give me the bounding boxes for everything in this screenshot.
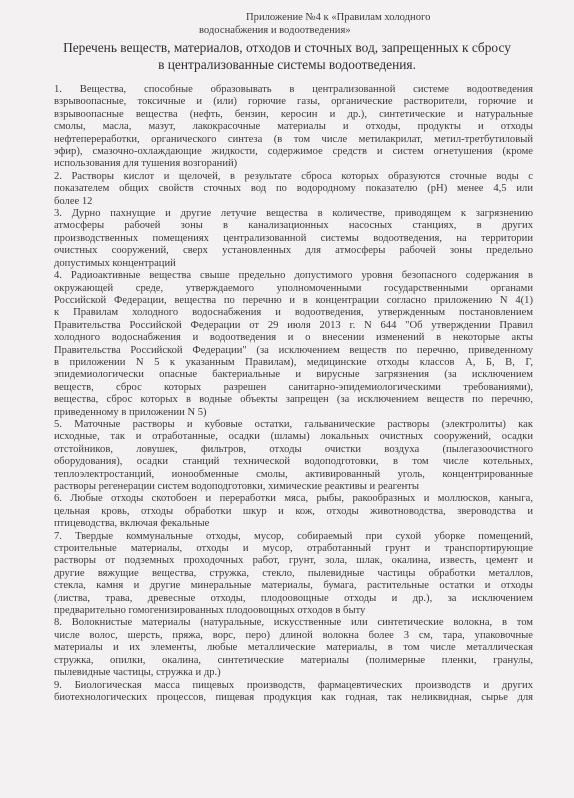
text-line: к Правилам холодного водоснабжения и вод…: [54, 307, 533, 319]
list-item-2: 2. Растворы кислот и щелочей, в результа…: [54, 171, 533, 208]
text-line: пылевидные частицы, стружка и др.): [54, 667, 533, 679]
text-line: веществ, сброс которых разрешен санитарн…: [54, 382, 533, 394]
text-line: предварительно гомогенизированных плодоо…: [54, 605, 533, 617]
text-line: 7. Твердые коммунальные отходы, мусор, с…: [54, 531, 533, 543]
appendix-line-1: Приложение №4 к «Правилам холодного: [0, 12, 574, 25]
text-line: исходные, так и отработанные, осадки (шл…: [54, 431, 533, 443]
text-line: показателем общих свойств сточных вод по…: [54, 183, 533, 195]
text-line: 1. Вещества, способные образовывать в це…: [54, 84, 533, 96]
text-line: оборудования), осадки станций техническо…: [54, 456, 533, 468]
text-line: 6. Любые отходы скотобоен и переработки …: [54, 493, 533, 505]
text-line: Российской Федерации, вещества по перечн…: [54, 295, 533, 307]
text-line: 3. Дурно пахнущие и другие летучие вещес…: [54, 208, 533, 220]
text-line: строительные материалы, отходы и мусор, …: [54, 543, 533, 555]
text-line: отстойников, ловушек, фильтров, отходы о…: [54, 444, 533, 456]
text-line: более 12: [54, 196, 533, 208]
title-line-1: Перечень веществ, материалов, отходов и …: [0, 40, 574, 57]
list-item-6: 6. Любые отходы скотобоен и переработки …: [54, 493, 533, 530]
list-item-9: 9. Биологическая масса пищевых производс…: [54, 680, 533, 705]
text-line: 4. Радиоактивные вещества свыше предельн…: [54, 270, 533, 282]
list-item-4: 4. Радиоактивные вещества свыше предельн…: [54, 270, 533, 419]
title-line-2: в централизованные системы водоотведения…: [0, 57, 574, 74]
document-title: Перечень веществ, материалов, отходов и …: [0, 40, 574, 73]
text-line: материалы и их элементы, любые металличе…: [54, 642, 533, 654]
prohibited-substances-list: 1. Вещества, способные образовывать в це…: [54, 84, 533, 704]
text-line: птицеводства, включая фекальные: [54, 518, 533, 530]
text-line: Правительства Российской Федерации" (за …: [54, 345, 533, 357]
text-line: в приложении N 5 к указанным Правилам), …: [54, 357, 533, 369]
text-line: взрывоопасные, токсичные и (или) горючие…: [54, 96, 533, 108]
text-line: Правительства Российской Федерации от 29…: [54, 320, 533, 332]
text-line: биотехнологических процессов, пищевая пр…: [54, 692, 533, 704]
text-line: взрывоопасные вещества (нефть, бензин, к…: [54, 109, 533, 121]
text-line: атмосферы рабочей зоны в канализационных…: [54, 220, 533, 232]
text-line: стружка, опилки, окалина, синтетические …: [54, 655, 533, 667]
list-item-8: 8. Волокнистые материалы (натуральные, и…: [54, 617, 533, 679]
text-line: эпидемиологически опасные бактериальные …: [54, 369, 533, 381]
text-line: теплоэлектростанций, ионообменные смолы,…: [54, 469, 533, 481]
text-line: числе волос, шерсть, пряжа, ворс, перо) …: [54, 630, 533, 642]
text-line: 9. Биологическая масса пищевых производс…: [54, 680, 533, 692]
text-line: (листва, трава, древесные отходы, плодоо…: [54, 593, 533, 605]
text-line: нефтепереработки, органического синтеза …: [54, 134, 533, 146]
text-line: другие вяжущие вещества, стружка, стекло…: [54, 568, 533, 580]
text-line: вещества, сброс которых в водные объекты…: [54, 394, 533, 406]
text-line: цельная кровь, отходы обработки шкур и к…: [54, 506, 533, 518]
text-line: 5. Маточные растворы и кубовые остатки, …: [54, 419, 533, 431]
text-line: очистных сооружений, сверх установленных…: [54, 245, 533, 257]
list-item-7: 7. Твердые коммунальные отходы, мусор, с…: [54, 531, 533, 618]
text-line: допустимых концентраций: [54, 258, 533, 270]
text-line: приведенному в приложении N 5): [54, 407, 533, 419]
list-item-1: 1. Вещества, способные образовывать в це…: [54, 84, 533, 171]
document-page: Приложение №4 к «Правилам холодного водо…: [0, 0, 574, 798]
text-line: эфир), смазочно-охлаждающие жидкости, со…: [54, 146, 533, 158]
text-line: 8. Волокнистые материалы (натуральные, и…: [54, 617, 533, 629]
appendix-reference: Приложение №4 к «Правилам холодного водо…: [0, 12, 574, 37]
text-line: использования для тушения возгораний): [54, 158, 533, 170]
text-line: растворы от подземных проходочных работ,…: [54, 555, 533, 567]
text-line: стекла, камня и другие минеральные матер…: [54, 580, 533, 592]
appendix-line-2: водоснабжения и водоотведения»: [0, 25, 574, 38]
list-item-5: 5. Маточные растворы и кубовые остатки, …: [54, 419, 533, 493]
text-line: растворы регенерации систем водоподготов…: [54, 481, 533, 493]
text-line: 2. Растворы кислот и щелочей, в результа…: [54, 171, 533, 183]
text-line: производственных помещениях централизова…: [54, 233, 533, 245]
text-line: окружающей среде, утверждаемого уполномо…: [54, 283, 533, 295]
text-line: холодного водоснабжения и водоотведения …: [54, 332, 533, 344]
list-item-3: 3. Дурно пахнущие и другие летучие вещес…: [54, 208, 533, 270]
text-line: смолы, масла, мазут, лакокрасочные матер…: [54, 121, 533, 133]
